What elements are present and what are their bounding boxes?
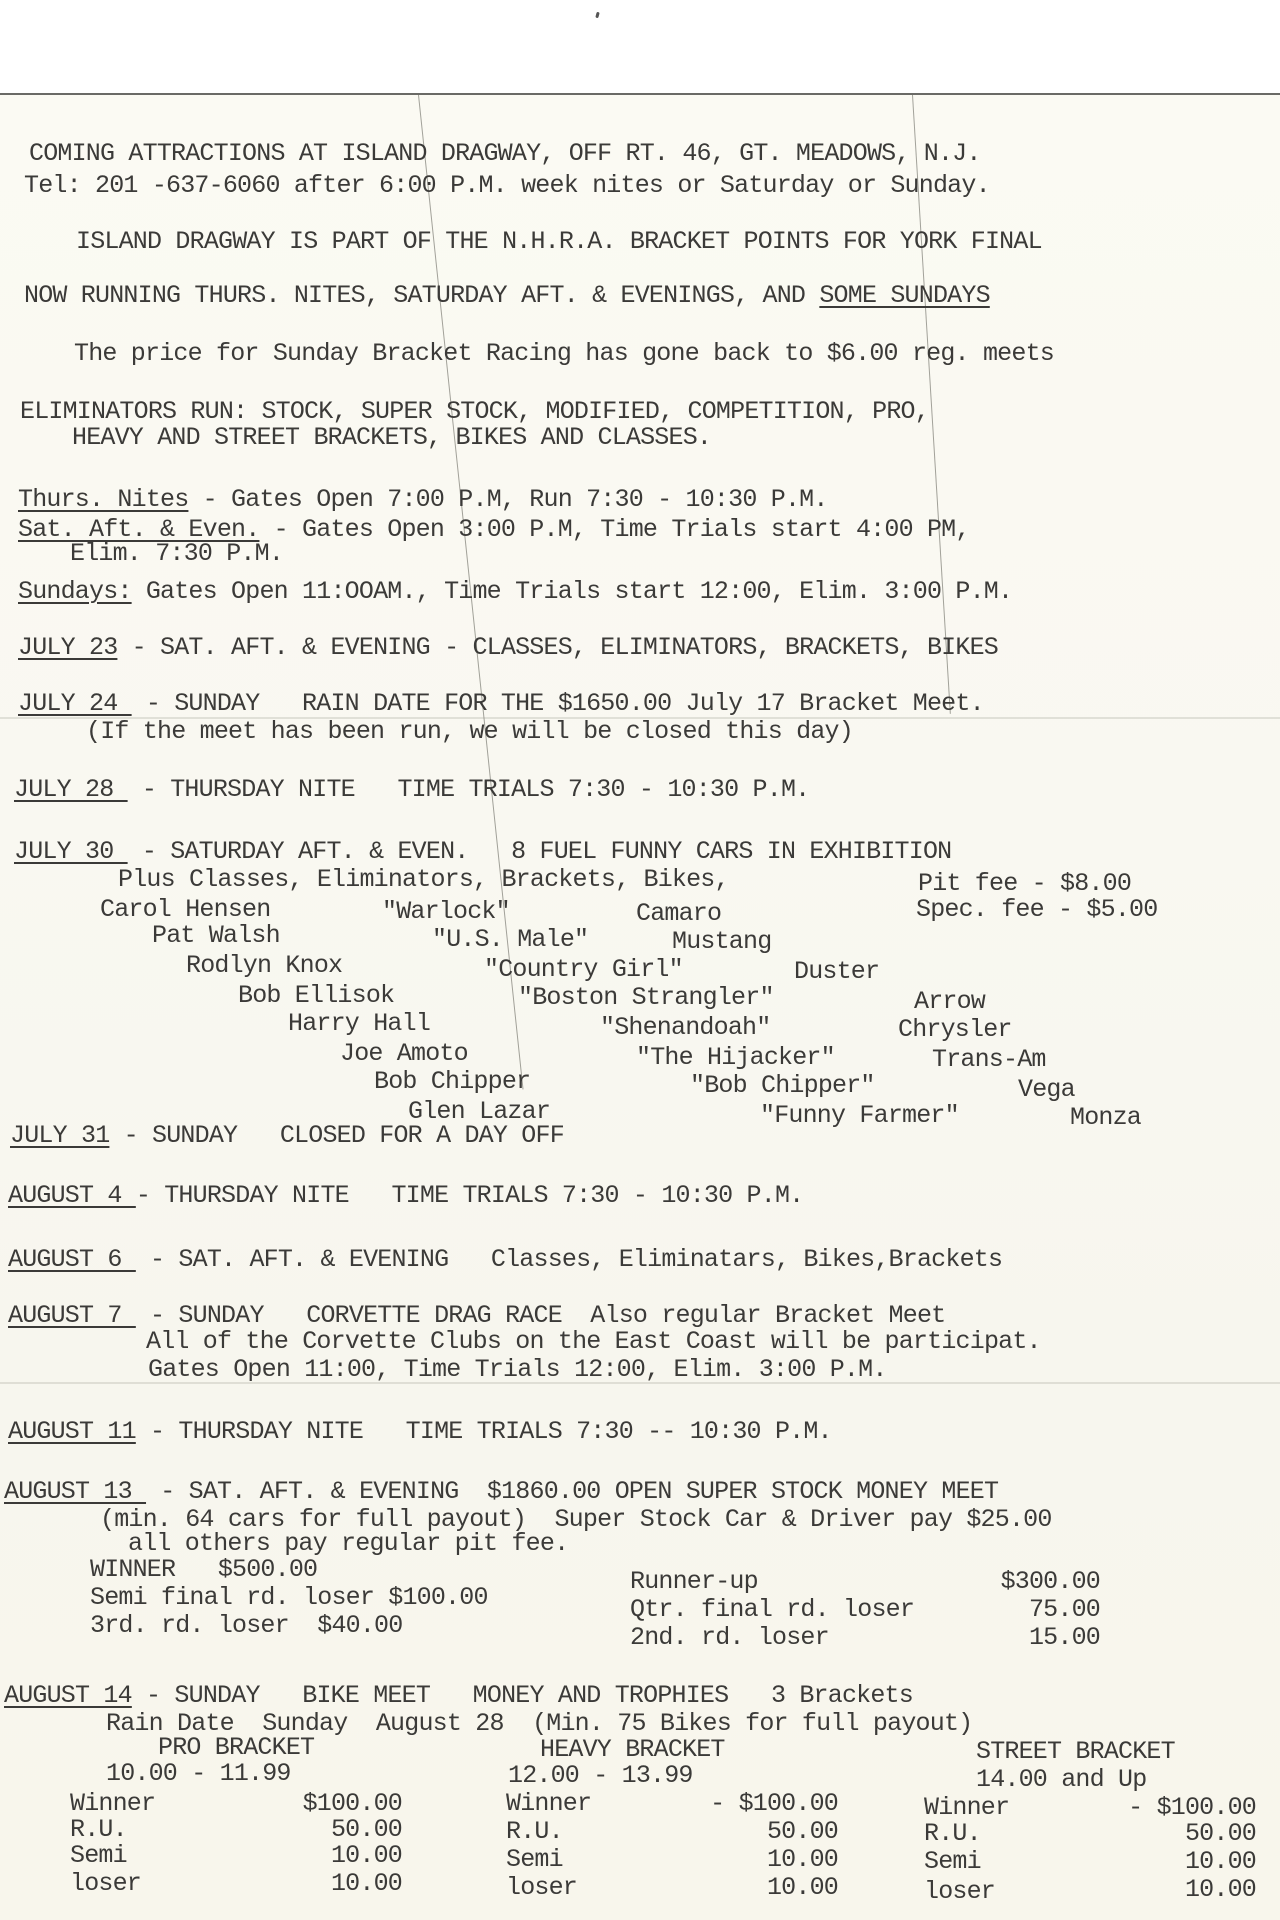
bracket-row-amount: 10.00 (1060, 1876, 1256, 1904)
event-text: - SAT. AFT. & EVENING $1860.00 OPEN SUPE… (146, 1477, 998, 1506)
car-driver: Pat Walsh (152, 922, 280, 950)
bracket-title: STREET BRACKET (976, 1738, 1175, 1766)
event-text: - SUNDAY CLOSED FOR A DAY OFF (109, 1121, 563, 1150)
event-aug13: AUGUST 13 - SAT. AFT. & EVENING $1860.00… (4, 1478, 998, 1506)
event-date: JULY 28 (14, 775, 128, 804)
hours-sunday: Sundays: Gates Open 11:OOAM., Time Trial… (18, 578, 1012, 606)
bracket-row-amount: 50.00 (260, 1816, 402, 1844)
bracket-range: 12.00 - 13.99 (508, 1762, 693, 1790)
bracket-row-label: Semi (70, 1842, 127, 1870)
event-text: - SUNDAY RAIN DATE FOR THE $1650.00 July… (132, 689, 984, 718)
event-text: - SAT. AFT. & EVENING - CLASSES, ELIMINA… (117, 633, 998, 662)
bracket-row-label: Winner (70, 1790, 155, 1818)
bracket-row-amount: $100.00 (260, 1790, 402, 1818)
car-name: "Boston Strangler" (518, 984, 774, 1012)
car-model: Mustang (672, 928, 771, 956)
payout-left: 3rd. rd. loser $40.00 (90, 1612, 402, 1640)
bracket-row-label: R.U. (506, 1818, 563, 1846)
payout-right-label: Runner-up (630, 1568, 758, 1596)
car-model: Camaro (636, 900, 721, 928)
bracket-row-amount: 10.00 (640, 1874, 838, 1902)
event-date: AUGUST 14 (4, 1681, 132, 1710)
event-jul30: JULY 30 - SATURDAY AFT. & EVEN. 8 FUEL F… (14, 838, 951, 866)
bracket-row-amount: - $100.00 (1060, 1794, 1256, 1822)
hours-label: Thurs. Nites (18, 485, 188, 514)
header-title: COMING ATTRACTIONS AT ISLAND DRAGWAY, OF… (29, 140, 981, 168)
car-name: "Warlock" (382, 898, 510, 926)
event-text: - SUNDAY CORVETTE DRAG RACE Also regular… (136, 1301, 946, 1330)
bracket-row-label: loser (506, 1874, 577, 1902)
car-model: Arrow (914, 988, 985, 1016)
car-model: Chrysler (898, 1016, 1012, 1044)
event-date: AUGUST 4 (8, 1181, 136, 1210)
bracket-row-amount: - $100.00 (640, 1790, 838, 1818)
bracket-range: 14.00 and Up (976, 1766, 1146, 1794)
running-days-emphasis: SOME SUNDAYS (819, 281, 989, 310)
bracket-row-amount: 10.00 (260, 1870, 402, 1898)
event-jul30-plus: Plus Classes, Eliminators, Brackets, Bik… (118, 866, 729, 894)
bracket-row-amount: 10.00 (1060, 1848, 1256, 1876)
bracket-row-label: loser (924, 1878, 995, 1906)
event-text: - SATURDAY AFT. & EVEN. 8 FUEL FUNNY CAR… (128, 837, 952, 866)
event-date: AUGUST 11 (8, 1417, 136, 1446)
header-phone: Tel: 201 -637-6060 after 6:00 P.M. week … (24, 172, 990, 200)
bracket-range: 10.00 - 11.99 (106, 1760, 291, 1788)
car-name: "Country Girl" (484, 956, 683, 984)
car-model: Trans-Am (932, 1046, 1046, 1074)
car-name: "Bob Chipper" (690, 1072, 875, 1100)
event-aug4: AUGUST 4 - THURSDAY NITE TIME TRIALS 7:3… (8, 1182, 803, 1210)
bracket-row-label: Semi (924, 1848, 981, 1876)
payout-right-amount: 75.00 (960, 1596, 1100, 1624)
bracket-row-label: Winner (506, 1790, 591, 1818)
bracket-title: HEAVY BRACKET (540, 1736, 725, 1764)
payout-right-amount: $300.00 (960, 1568, 1100, 1596)
event-text: - SAT. AFT. & EVENING Classes, Eliminata… (136, 1245, 1002, 1274)
event-aug11: AUGUST 11 - THURSDAY NITE TIME TRIALS 7:… (8, 1418, 832, 1446)
event-jul24: JULY 24 - SUNDAY RAIN DATE FOR THE $1650… (18, 690, 984, 718)
event-date: AUGUST 6 (8, 1245, 136, 1274)
bracket-row-label: Winner (924, 1794, 1009, 1822)
bracket-row-label: Semi (506, 1846, 563, 1874)
price-note: The price for Sunday Bracket Racing has … (74, 340, 1054, 368)
bracket-row-label: R.U. (70, 1816, 127, 1844)
event-jul31: JULY 31 - SUNDAY CLOSED FOR A DAY OFF (10, 1122, 564, 1150)
eliminators-line-1: ELIMINATORS RUN: STOCK, SUPER STOCK, MOD… (20, 398, 929, 426)
spec-fee: Spec. fee - $5.00 (916, 896, 1157, 924)
hours-thursday: Thurs. Nites - Gates Open 7:00 P.M, Run … (18, 486, 828, 514)
car-model: Duster (794, 958, 879, 986)
hours-label: Sundays: (18, 577, 132, 606)
event-aug7: AUGUST 7 - SUNDAY CORVETTE DRAG RACE Als… (8, 1302, 945, 1330)
event-text: - THURSDAY NITE TIME TRIALS 7:30 - 10:30… (136, 1181, 804, 1210)
car-driver: Bob Ellisok (238, 982, 394, 1010)
car-model: Monza (1070, 1104, 1141, 1132)
payout-right-amount: 15.00 (960, 1624, 1100, 1652)
bracket-row-amount: 10.00 (640, 1846, 838, 1874)
event-aug7-note-2: Gates Open 11:00, Time Trials 12:00, Eli… (148, 1356, 887, 1384)
eliminators-line-2: HEAVY AND STREET BRACKETS, BIKES AND CLA… (72, 424, 711, 452)
payout-left: Semi final rd. loser $100.00 (90, 1584, 488, 1612)
event-aug13-note-2: all others pay regular pit fee. (128, 1530, 568, 1558)
payout-left: WINNER $500.00 (90, 1556, 317, 1584)
bracket-row-label: loser (70, 1870, 141, 1898)
car-driver: Joe Amoto (340, 1040, 468, 1068)
car-driver: Harry Hall (288, 1010, 430, 1038)
event-text: - THURSDAY NITE TIME TRIALS 7:30 - 10:30… (128, 775, 810, 804)
car-name: "Shenandoah" (600, 1014, 770, 1042)
bracket-row-amount: 50.00 (1060, 1820, 1256, 1848)
event-aug14: AUGUST 14 - SUNDAY BIKE MEET MONEY AND T… (4, 1682, 913, 1710)
bracket-row-amount: 10.00 (260, 1842, 402, 1870)
car-model: Vega (1018, 1076, 1075, 1104)
payout-right-label: 2nd. rd. loser (630, 1624, 829, 1652)
hours-text: - Gates Open 3:00 P.M, Time Trials start… (259, 515, 969, 544)
hours-text: - Gates Open 7:00 P.M, Run 7:30 - 10:30 … (188, 485, 827, 514)
nhra-points-note: ISLAND DRAGWAY IS PART OF THE N.H.R.A. B… (76, 228, 1042, 256)
running-days-text: NOW RUNNING THURS. NITES, SATURDAY AFT. … (24, 281, 819, 310)
event-text: - SUNDAY BIKE MEET MONEY AND TROPHIES 3 … (132, 1681, 913, 1710)
payout-right-label: Qtr. final rd. loser (630, 1596, 914, 1624)
bracket-title: PRO BRACKET (158, 1734, 314, 1762)
pit-fee: Pit fee - $8.00 (918, 870, 1131, 898)
bracket-row-label: R.U. (924, 1820, 981, 1848)
car-name: "The Hijacker" (636, 1044, 835, 1072)
car-driver: Rodlyn Knox (186, 952, 342, 980)
event-date: JULY 24 (18, 689, 132, 718)
ink-speck (595, 12, 599, 19)
hours-text: Gates Open 11:OOAM., Time Trials start 1… (132, 577, 1013, 606)
car-name: "Funny Farmer" (760, 1102, 959, 1130)
event-text: - THURSDAY NITE TIME TRIALS 7:30 -- 10:3… (136, 1417, 832, 1446)
event-date: AUGUST 7 (8, 1301, 136, 1330)
event-jul23: JULY 23 - SAT. AFT. & EVENING - CLASSES,… (18, 634, 998, 662)
event-jul24-note: (If the meet has been run, we will be cl… (86, 718, 853, 746)
event-date: JULY 31 (10, 1121, 109, 1150)
car-driver: Bob Chipper (374, 1068, 530, 1096)
event-jul28: JULY 28 - THURSDAY NITE TIME TRIALS 7:30… (14, 776, 809, 804)
running-days: NOW RUNNING THURS. NITES, SATURDAY AFT. … (24, 282, 990, 310)
event-date: JULY 23 (18, 633, 117, 662)
car-driver: Carol Hensen (100, 896, 270, 924)
event-aug6: AUGUST 6 - SAT. AFT. & EVENING Classes, … (8, 1246, 1002, 1274)
hours-saturday-cont: Elim. 7:30 P.M. (70, 540, 283, 568)
bracket-row-amount: 50.00 (640, 1818, 838, 1846)
car-name: "U.S. Male" (432, 926, 588, 954)
event-aug7-note-1: All of the Corvette Clubs on the East Co… (146, 1328, 1041, 1356)
event-date: AUGUST 13 (4, 1477, 146, 1506)
event-date: JULY 30 (14, 837, 128, 866)
